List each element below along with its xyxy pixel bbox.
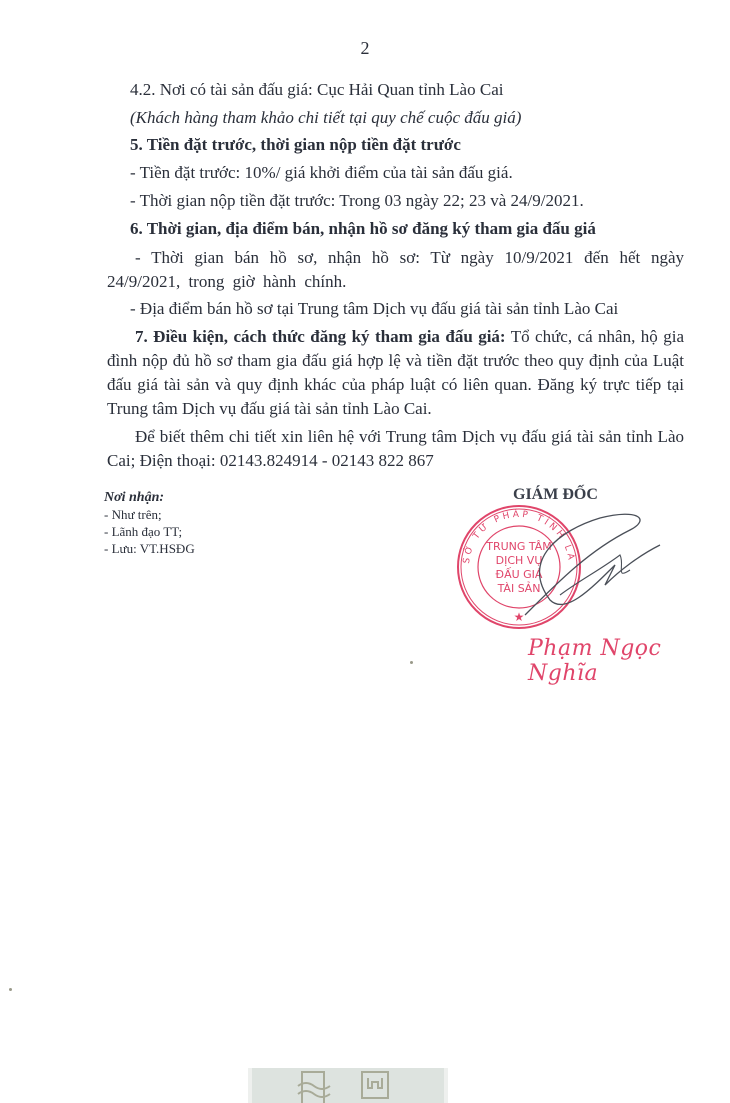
note-reference: (Khách hàng tham khảo chi tiết tại quy c… [130,108,521,128]
recipient-item: - Như trên; [104,506,195,523]
recipients-title: Nơi nhận: [104,489,195,506]
recipients-block: Nơi nhận: - Như trên; - Lãnh đạo TT; - L… [104,489,195,557]
section-5-deposit: - Tiền đặt trước: 10%/ giá khởi điểm của… [130,163,513,183]
section-6-sale-time: - Thời gian bán hồ sơ, nhận hồ sơ: Từ ng… [107,246,684,294]
recipient-item: - Lãnh đạo TT; [104,523,195,540]
signer-name: Phạm Ngọc Nghĩa [528,636,730,686]
section-7-paragraph: 7. Điều kiện, cách thức đăng ký tham gia… [107,325,684,421]
scan-dot [410,661,413,664]
recipient-item: - Lưu: VT.HSĐG [104,540,195,557]
handwritten-signature [520,510,670,620]
scan-dot [9,988,12,991]
section-5-heading: 5. Tiền đặt trước, thời gian nộp tiền đặ… [130,135,461,155]
section-6-heading: 6. Thời gian, địa điểm bán, nhận hồ sơ đ… [130,219,596,239]
contact-paragraph: Để biết thêm chi tiết xin liên hệ với Tr… [107,425,684,473]
scan-footer-watermark [248,1068,448,1103]
section-4-2-location: 4.2. Nơi có tài sản đấu giá: Cục Hải Qua… [130,80,503,100]
director-title: GIÁM ĐỐC [513,486,598,504]
page-number: 2 [0,38,730,59]
section-6-sale-location: - Địa điểm bán hồ sơ tại Trung tâm Dịch … [130,299,618,319]
section-7-heading: 7. Điều kiện, cách thức đăng ký tham gia… [135,327,506,346]
section-5-deposit-time: - Thời gian nộp tiền đặt trước: Trong 03… [130,191,584,211]
